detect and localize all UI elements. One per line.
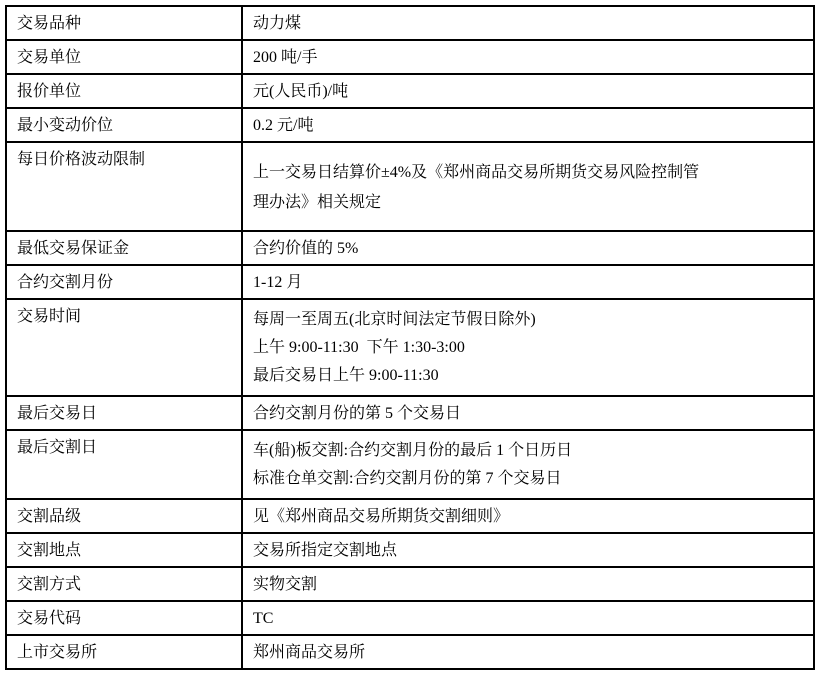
row-label: 交易单位: [6, 40, 242, 74]
table-row: 最小变动价位 0.2 元/吨: [6, 108, 814, 142]
table-row: 每日价格波动限制 上一交易日结算价±4%及《郑州商品交易所期货交易风险控制管 理…: [6, 142, 814, 231]
row-value: 动力煤: [242, 6, 814, 40]
table-row: 上市交易所 郑州商品交易所: [6, 635, 814, 669]
document-page: 交易品种 动力煤 交易单位 200 吨/手 报价单位 元(人民币)/吨 最小变动…: [0, 0, 821, 680]
table-row: 交易品种 动力煤: [6, 6, 814, 40]
table-row: 最后交易日 合约交割月份的第 5 个交易日: [6, 396, 814, 430]
row-value: 交易所指定交割地点: [242, 533, 814, 567]
table-row: 交易代码 TC: [6, 601, 814, 635]
table-row: 合约交割月份 1-12 月: [6, 265, 814, 299]
row-label: 交割地点: [6, 533, 242, 567]
row-label: 交割方式: [6, 567, 242, 601]
table-row: 交易时间 每周一至周五(北京时间法定节假日除外) 上午 9:00-11:30 下…: [6, 299, 814, 396]
row-value: 郑州商品交易所: [242, 635, 814, 669]
row-value: TC: [242, 601, 814, 635]
table-row: 最后交割日 车(船)板交割:合约交割月份的最后 1 个日历日 标准仓单交割:合约…: [6, 430, 814, 499]
table-row: 交易单位 200 吨/手: [6, 40, 814, 74]
row-label: 交割品级: [6, 499, 242, 533]
row-label: 交易品种: [6, 6, 242, 40]
row-value: 1-12 月: [242, 265, 814, 299]
row-label: 最低交易保证金: [6, 231, 242, 265]
table-row: 交割方式 实物交割: [6, 567, 814, 601]
table-row: 交割品级 见《郑州商品交易所期货交割细则》: [6, 499, 814, 533]
row-value: 车(船)板交割:合约交割月份的最后 1 个日历日 标准仓单交割:合约交割月份的第…: [242, 430, 814, 499]
table-row: 报价单位 元(人民币)/吨: [6, 74, 814, 108]
row-value: 200 吨/手: [242, 40, 814, 74]
row-label: 交易代码: [6, 601, 242, 635]
row-label: 最小变动价位: [6, 108, 242, 142]
row-value: 实物交割: [242, 567, 814, 601]
row-value: 每周一至周五(北京时间法定节假日除外) 上午 9:00-11:30 下午 1:3…: [242, 299, 814, 396]
row-label: 最后交易日: [6, 396, 242, 430]
row-value: 上一交易日结算价±4%及《郑州商品交易所期货交易风险控制管 理办法》相关规定: [242, 142, 814, 231]
row-value: 见《郑州商品交易所期货交割细则》: [242, 499, 814, 533]
table-row: 最低交易保证金 合约价值的 5%: [6, 231, 814, 265]
row-label: 上市交易所: [6, 635, 242, 669]
row-label: 每日价格波动限制: [6, 142, 242, 231]
row-label: 最后交割日: [6, 430, 242, 499]
row-label: 交易时间: [6, 299, 242, 396]
row-value: 元(人民币)/吨: [242, 74, 814, 108]
row-label: 报价单位: [6, 74, 242, 108]
row-label: 合约交割月份: [6, 265, 242, 299]
row-value: 0.2 元/吨: [242, 108, 814, 142]
contract-spec-table: 交易品种 动力煤 交易单位 200 吨/手 报价单位 元(人民币)/吨 最小变动…: [5, 5, 815, 670]
row-value: 合约交割月份的第 5 个交易日: [242, 396, 814, 430]
row-value: 合约价值的 5%: [242, 231, 814, 265]
table-row: 交割地点 交易所指定交割地点: [6, 533, 814, 567]
